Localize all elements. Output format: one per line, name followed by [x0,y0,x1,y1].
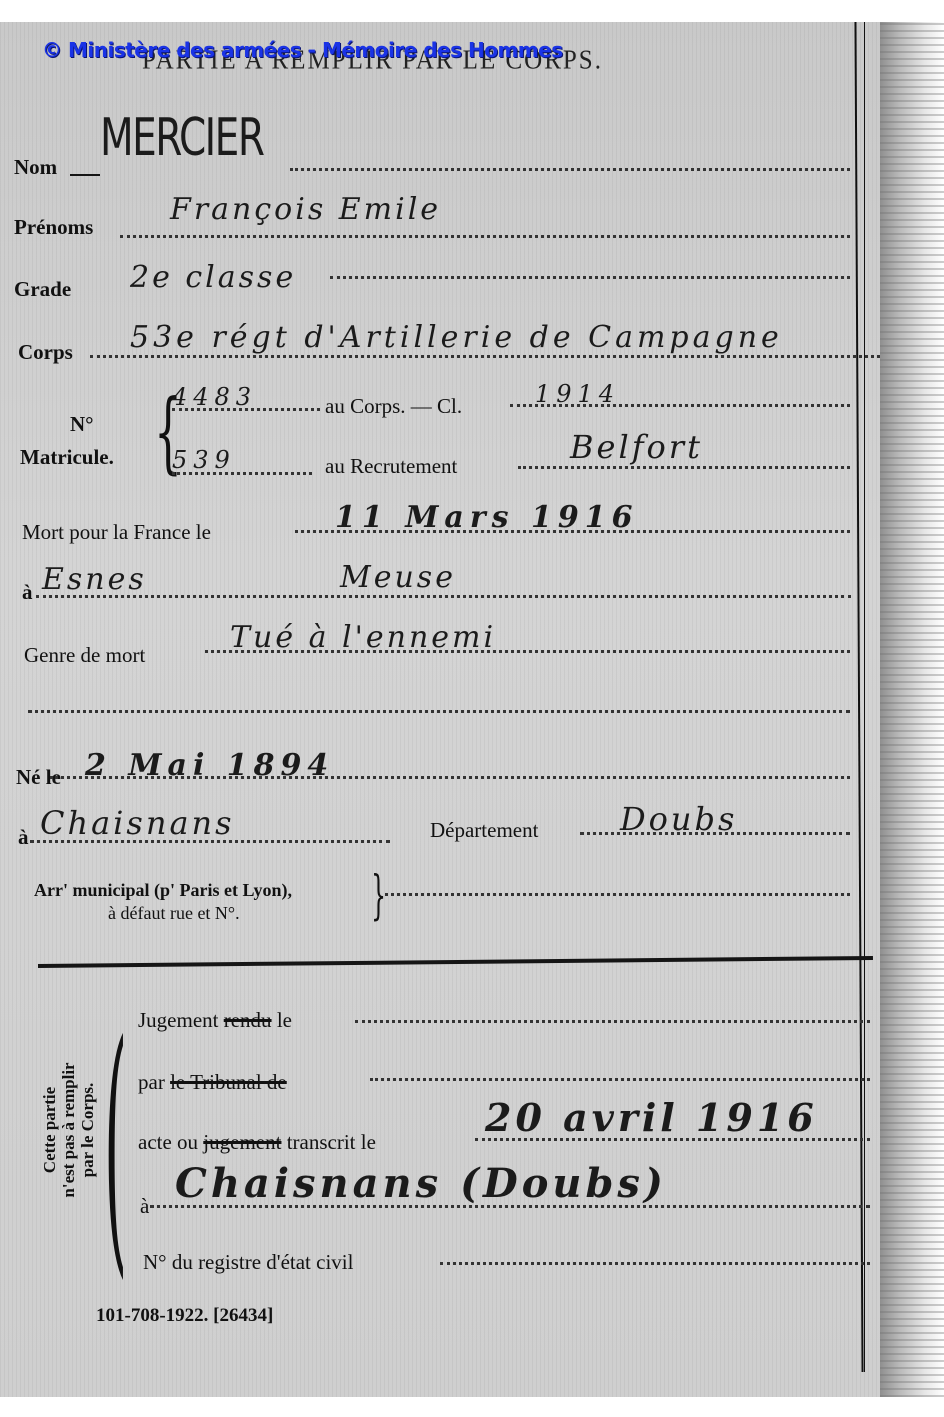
label-registre: N° du registre d'état civil [143,1250,353,1275]
acte-dots [475,1138,870,1141]
label-a-defaut: à défaut rue et N°. [108,903,240,924]
transcrit-lieu-dots [150,1205,870,1208]
form-reference: 101-708-1922. [26434] [96,1305,273,1327]
label-prenoms: Prénoms [14,215,93,240]
value-matricule-recrutement: 539 [172,446,236,474]
label-acte: acte ou jugement transcrit le [138,1130,376,1155]
label-matricule-no: N° [70,412,94,437]
margin-rule-2 [864,22,865,1372]
label-a-transcrit: à [140,1194,149,1219]
tribunal-dots [370,1078,870,1081]
label-jugement: Jugement rendu le [138,1008,292,1033]
label-matricule: Matricule. [20,445,114,470]
naissance-dots [50,776,850,779]
nom-line [70,174,100,176]
value-nom: MERCIER [100,108,263,168]
value-departement-deces: Meuse [340,560,456,595]
jugement-dots [355,1020,870,1023]
label-au-recrutement: au Recrutement [325,454,457,479]
label-grade: Grade [14,277,71,302]
side-note-line-1: Cette partie [40,1020,59,1240]
nom-dots [290,168,850,171]
value-transcrit-date: 20 avril 1916 [485,1095,818,1140]
side-brace: ( [104,1010,127,1280]
arr-dots [385,893,850,896]
label-a-deces: à [22,580,33,605]
value-prenoms: François Emile [170,192,441,227]
label-a-naissance: à [18,825,29,850]
torn-edge [880,22,944,1397]
classe-dots [510,404,850,407]
genre-dots [205,650,850,653]
value-lieu-deces: Esnes [42,562,147,597]
label-au-corps: au Corps. — Cl. [325,394,462,419]
lieu-naissance-dots [30,840,390,843]
matricule-recrutement-dots [172,472,312,475]
value-transcrit-lieu: Chaisnans (Doubs) [175,1160,667,1207]
label-mort-pour-la-france: Mort pour la France le [22,520,211,545]
value-recrutement: Belfort [570,428,703,466]
departement-dots [580,832,850,835]
label-genre-de-mort: Genre de mort [24,643,145,668]
value-grade: 2e classe [130,260,296,295]
blank-dots [28,710,850,713]
value-corps: 53e régt d'Artillerie de Campagne [130,320,783,355]
registre-dots [440,1262,870,1265]
lieu-deces-dots [36,595,851,598]
side-note: Cette partie n'est pas à remplir par le … [40,1020,97,1240]
side-note-line-3: par le Corps. [78,1020,97,1240]
recrutement-dots [518,466,850,469]
matricule-corps-dots [172,408,320,411]
copyright-watermark: © Ministère des armées - Mémoire des Hom… [42,38,563,62]
label-nom: Nom [14,155,57,180]
arr-brace: } [371,870,386,922]
value-matricule-corps: 4483 [172,383,257,411]
prenoms-dots [120,235,850,238]
grade-dots [330,276,850,279]
label-tribunal: par le Tribunal de [138,1070,287,1095]
label-arr-municipal: Arr' municipal (p' Paris et Lyon), [34,880,292,901]
corps-dots [90,355,880,358]
deces-dots [295,530,850,533]
value-lieu-naissance: Chaisnans [40,804,235,842]
label-departement: Département [430,818,538,843]
side-note-line-2: n'est pas à remplir [59,1020,78,1240]
label-corps: Corps [18,340,73,365]
